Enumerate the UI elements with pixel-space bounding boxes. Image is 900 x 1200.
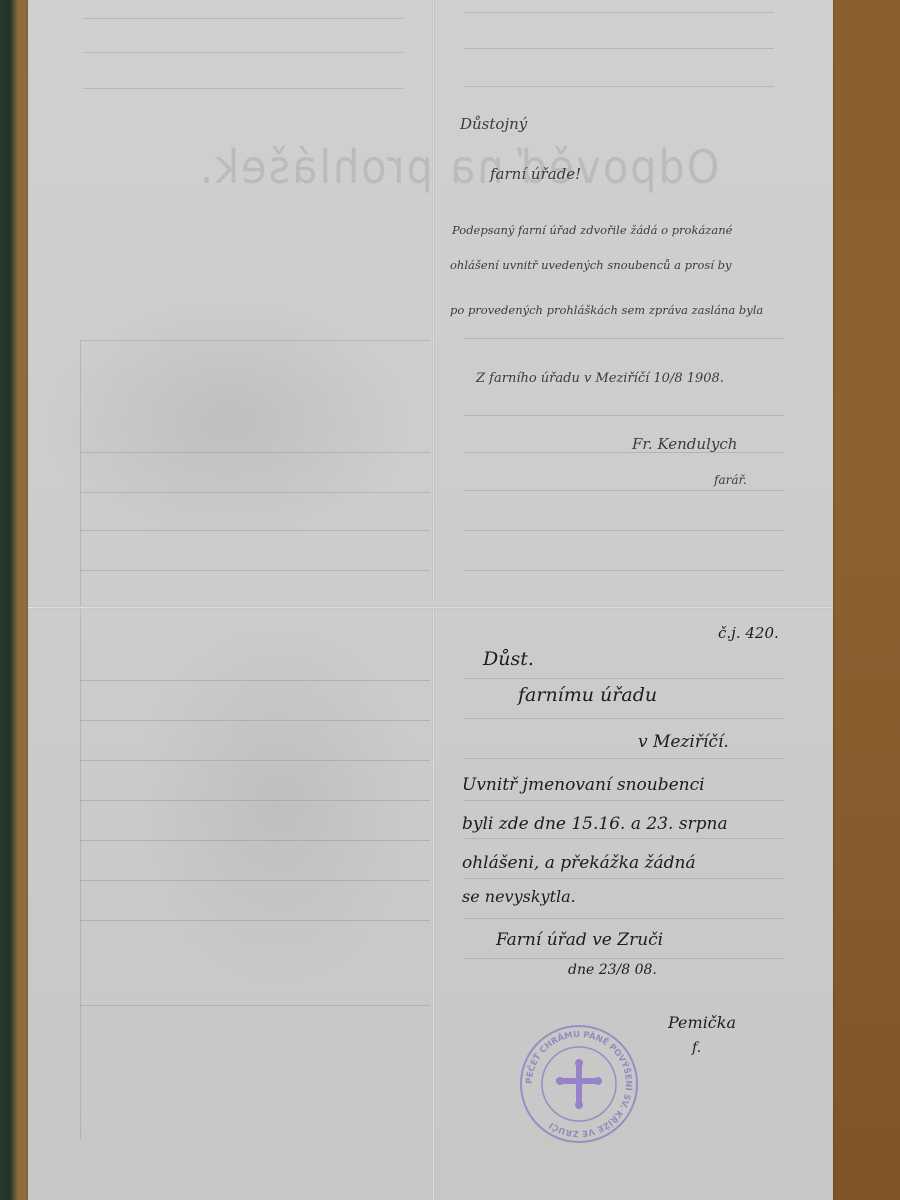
printed-rule (80, 800, 430, 801)
stamp-seal-icon: PEČEŤ CHRÁMU PÁNĚ POVÝŠENÍ SV. KŘÍŽE VE … (518, 1023, 640, 1145)
printed-rule (80, 340, 430, 341)
table-surface-left (0, 0, 28, 1200)
printed-rule (464, 12, 774, 13)
horizontal-fold (28, 606, 833, 609)
reference-number: č.j. 420. (718, 624, 779, 642)
printed-rule (464, 48, 774, 49)
table-surface-right (833, 0, 900, 1200)
address-line-2: farnímu úřadu (518, 684, 657, 706)
parish-stamp: PEČEŤ CHRÁMU PÁNĚ POVÝŠENÍ SV. KŘÍŽE VE … (518, 1023, 640, 1145)
salutation-line-2: farní úřade! (490, 165, 581, 183)
upper-body-line-3: po provedených prohláškách sem zpráva za… (450, 303, 763, 317)
printed-rule (80, 880, 430, 881)
printed-rule (83, 18, 403, 19)
printed-rule (464, 415, 784, 416)
lower-body-line-4: se nevyskytla. (462, 887, 576, 906)
frame-line (80, 340, 81, 1140)
printed-rule (83, 52, 403, 53)
document-sheet: Odpověď na prohlášek. Důstojný farní úřa… (28, 0, 833, 1200)
lower-body-line-1: Uvnitř jmenovaní snoubenci (462, 775, 705, 795)
upper-body-line-1: Podepsaný farní úřad zdvořile žádá o pro… (452, 223, 732, 237)
printed-rule (464, 838, 784, 839)
office-date: dne 23/8 08. (568, 962, 657, 978)
printed-rule (80, 530, 430, 531)
lower-body-line-3: ohlášeni, a překážka žádná (462, 853, 696, 873)
upper-body-line-2: ohlášení uvnitř uvedených snoubenců a pr… (450, 258, 731, 272)
upper-place-date: Z farního úřadu v Meziříčí 10/8 1908. (476, 371, 724, 386)
upper-signature-title: farář. (714, 473, 747, 487)
bleed-through-title: Odpověď na prohlášek. (198, 140, 719, 194)
lower-body-line-2: byli zde dne 15.16. a 23. srpna (462, 814, 728, 834)
printed-rule (464, 338, 784, 339)
lower-signature: Pemička (668, 1013, 736, 1032)
printed-rule (464, 678, 784, 679)
cross-icon (556, 1059, 602, 1109)
lower-signature-title: f. (692, 1040, 701, 1056)
printed-rule (464, 570, 784, 571)
printed-rule (80, 920, 430, 921)
printed-rule (464, 758, 784, 759)
upper-signature: Fr. Kendulych (632, 435, 737, 453)
printed-rule (464, 878, 784, 879)
printed-rule (80, 570, 430, 571)
printed-rule (80, 492, 430, 493)
printed-rule (80, 840, 430, 841)
printed-rule (80, 680, 430, 681)
printed-rule (464, 718, 784, 719)
printed-rule (80, 1005, 430, 1006)
printed-rule (464, 530, 784, 531)
address-line-3: v Meziříčí. (638, 732, 729, 752)
printed-rule (464, 86, 774, 87)
printed-rule (464, 918, 784, 919)
salutation-line-1: Důstojný (460, 115, 527, 133)
office-line: Farní úřad ve Zruči (496, 930, 663, 950)
printed-rule (83, 88, 403, 89)
address-line-1: Důst. (483, 648, 534, 670)
printed-rule (464, 958, 784, 959)
printed-rule (464, 490, 784, 491)
printed-rule (80, 452, 430, 453)
printed-rule (80, 760, 430, 761)
printed-rule (80, 720, 430, 721)
vertical-fold (432, 0, 435, 1200)
printed-rule (464, 800, 784, 801)
